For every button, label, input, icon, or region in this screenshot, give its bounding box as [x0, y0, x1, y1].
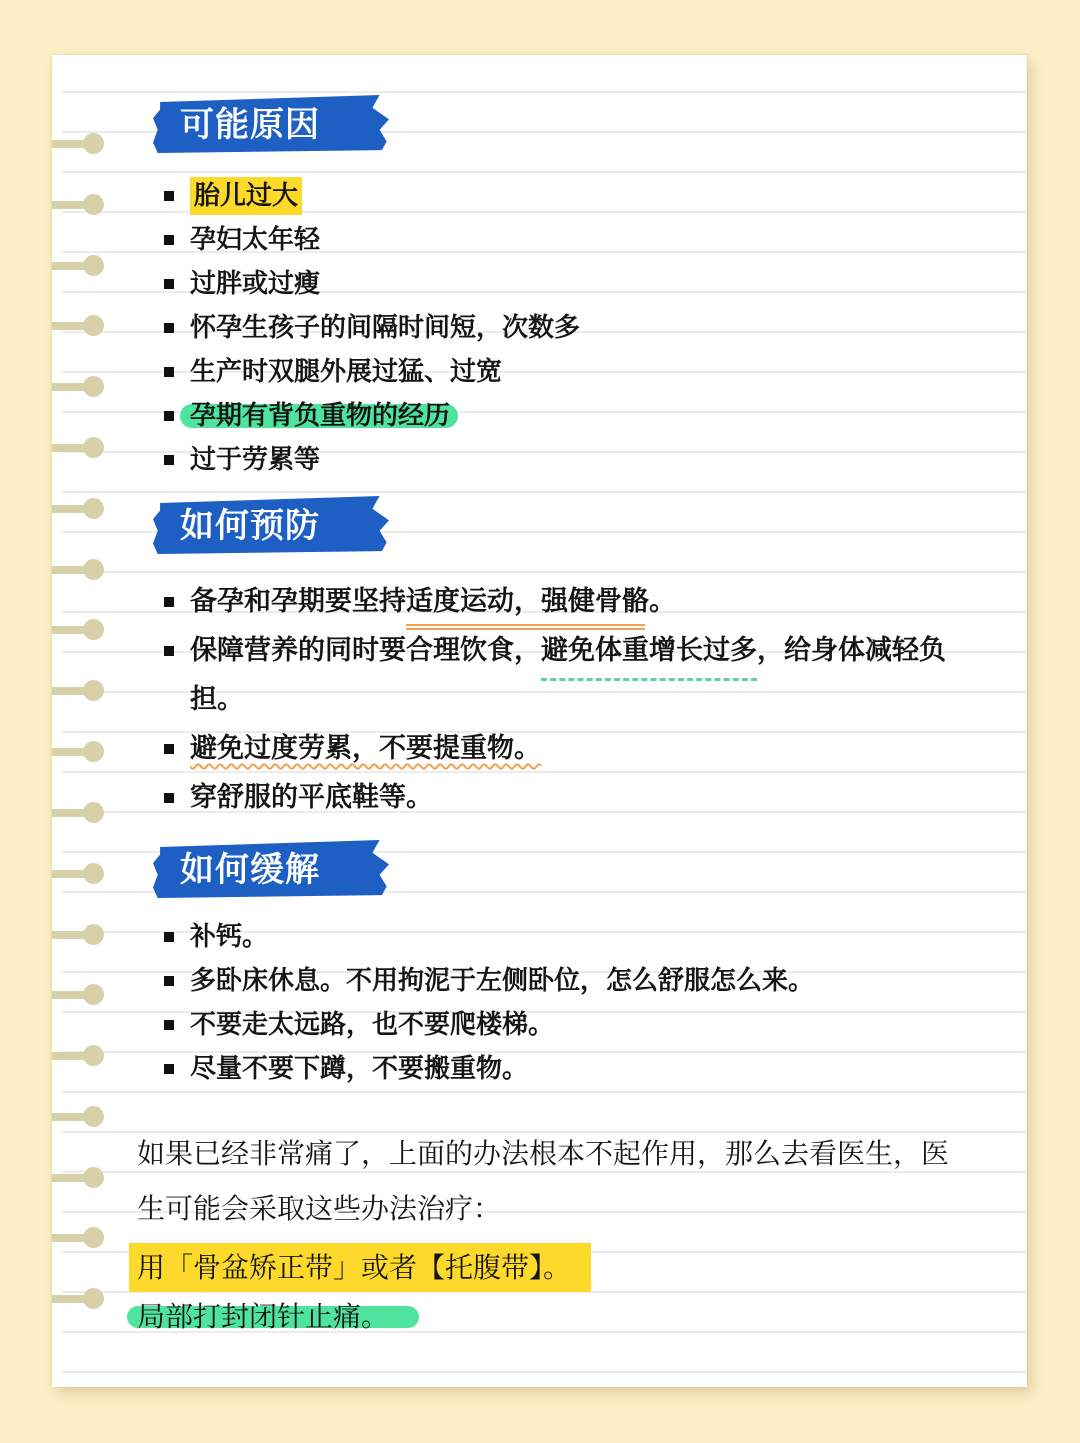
list-item: 过胖或过瘦	[160, 262, 580, 306]
bullet-icon	[164, 597, 174, 607]
bullet-icon	[164, 235, 174, 245]
list-item: 怀孕生孩子的间隔时间短，次数多	[160, 306, 580, 350]
list-item: 穿舒服的平底鞋等。	[160, 773, 980, 822]
bullet-icon	[164, 1020, 174, 1030]
bullet-icon	[164, 932, 174, 942]
list-item-text: 过胖或过瘦	[190, 269, 320, 299]
highlighted-text: 用「骨盆矫正带」或者【托腹带】。	[129, 1243, 591, 1292]
treatment-line: 局部打封闭针止痛。	[137, 1300, 419, 1333]
list-item: 不要走太远路，也不要爬楼梯。	[160, 1003, 814, 1047]
causes-list: 胎儿过大 孕妇太年轻 过胖或过瘦 怀孕生孩子的间隔时间短，次数多 生产时双腿外展…	[160, 174, 580, 482]
list-item: 避免过度劳累，不要提重物。	[160, 724, 980, 773]
list-item: 多卧床休息。不用拘泥于左侧卧位，怎么舒服怎么来。	[160, 959, 814, 1003]
list-item: 胎儿过大	[160, 174, 580, 218]
list-item-text: 备孕和孕期要坚持	[190, 586, 406, 617]
section-title-prevention: 如何预防	[180, 509, 320, 543]
list-item-text: 。	[649, 586, 676, 617]
section-title-causes: 可能原因	[180, 108, 320, 142]
bullet-icon	[164, 646, 174, 656]
bullet-icon	[164, 367, 174, 377]
list-item-text: 生产时双腿外展过猛、过宽	[190, 357, 502, 387]
highlighted-text: 局部打封闭针止痛。	[127, 1306, 419, 1328]
list-item-text: 尽量不要下蹲，不要搬重物。	[190, 1054, 528, 1084]
bullet-icon	[164, 411, 174, 421]
prevention-list: 备孕和孕期要坚持适度运动，强健骨骼。 保障营养的同时要合理饮食，避免体重增长过多…	[160, 577, 980, 822]
treatment-line: 用「骨盆矫正带」或者【托腹带】。	[137, 1246, 591, 1286]
emphasized-text: 避免过度劳累，不要提重物。	[190, 733, 541, 764]
relief-list: 补钙。 多卧床休息。不用拘泥于左侧卧位，怎么舒服怎么来。 不要走太远路，也不要爬…	[160, 915, 814, 1091]
emphasized-text: 适度运动，强健骨骼	[406, 577, 649, 626]
list-item-text: 穿舒服的平底鞋等。	[190, 782, 433, 813]
list-item: 尽量不要下蹲，不要搬重物。	[160, 1047, 814, 1091]
bullet-icon	[164, 323, 174, 333]
bullet-icon	[164, 744, 174, 754]
list-item-text: 保障营养的同时要合理饮食，	[190, 635, 541, 666]
highlighted-text: 胎儿过大	[190, 177, 302, 215]
list-item-text: 怀孕生孩子的间隔时间短，次数多	[190, 313, 580, 343]
list-item: 保障营养的同时要合理饮食，避免体重增长过多，给身体减轻负担。	[160, 626, 980, 724]
bullet-icon	[164, 793, 174, 803]
list-item-text: 补钙。	[190, 922, 268, 952]
list-item: 过于劳累等	[160, 438, 580, 482]
list-item: 补钙。	[160, 915, 814, 959]
highlighted-text: 孕期有背负重物的经历	[180, 404, 458, 428]
list-item-text: 不要走太远路，也不要爬楼梯。	[190, 1010, 554, 1040]
list-item-text: 多卧床休息。不用拘泥于左侧卧位，怎么舒服怎么来。	[190, 966, 814, 996]
section-title-relief: 如何缓解	[180, 853, 320, 887]
list-item-text: 过于劳累等	[190, 445, 320, 475]
bullet-icon	[164, 1064, 174, 1074]
list-item-text: 孕妇太年轻	[190, 225, 320, 255]
list-item: 备孕和孕期要坚持适度运动，强健骨骼。	[160, 577, 980, 626]
bullet-icon	[164, 191, 174, 201]
list-item: 孕期有背负重物的经历	[160, 394, 580, 438]
bullet-icon	[164, 279, 174, 289]
closing-paragraph: 如果已经非常痛了，上面的办法根本不起作用，那么去看医生，医生可能会采取这些办法治…	[137, 1126, 967, 1236]
list-item: 孕妇太年轻	[160, 218, 580, 262]
list-item: 生产时双腿外展过猛、过宽	[160, 350, 580, 394]
emphasized-text: 避免体重增长过多	[541, 626, 757, 675]
bullet-icon	[164, 455, 174, 465]
bullet-icon	[164, 976, 174, 986]
